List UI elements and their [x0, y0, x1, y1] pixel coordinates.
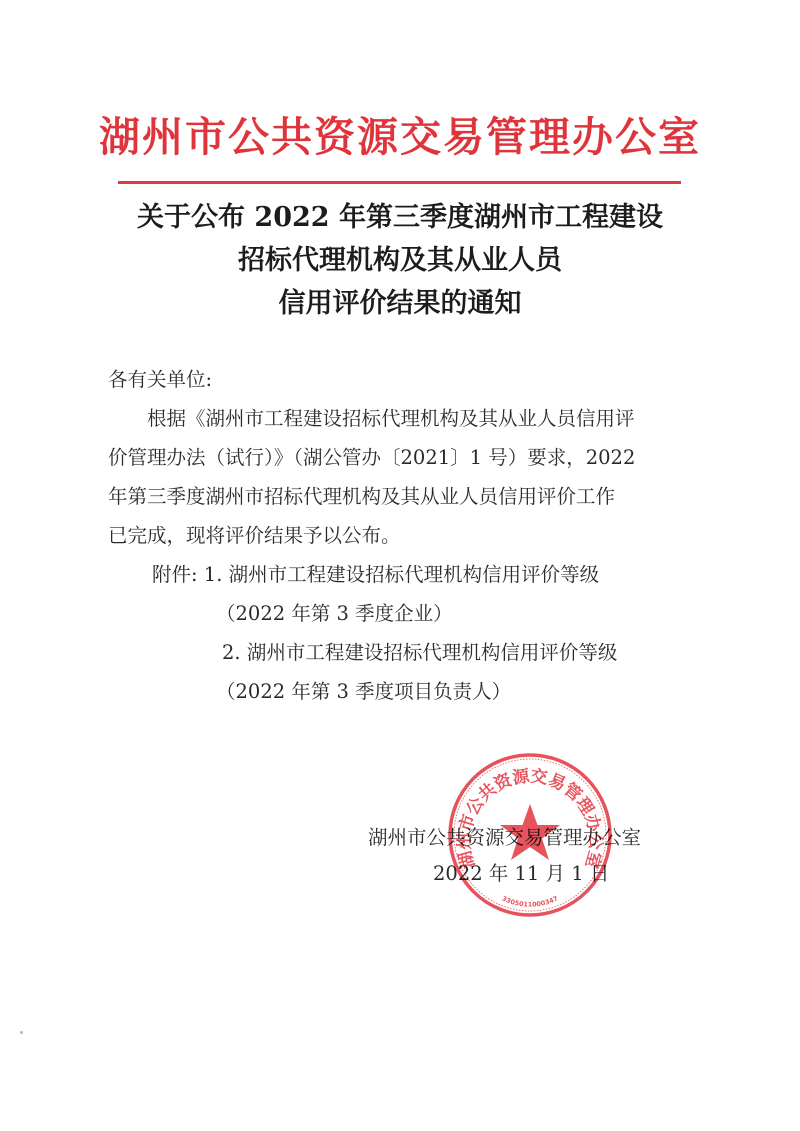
title-line-2: 招标代理机构及其从业人员: [0, 239, 800, 282]
attachment-2: 2. 湖州市工程建设招标代理机构信用评价等级: [108, 633, 698, 672]
paragraph-line-2: 价管理办法（试行）》（湖公管办〔2021〕1 号）要求，2022: [108, 438, 698, 477]
letterhead-red-divider: [118, 181, 681, 184]
seal-code-text: 3305011000347: [501, 894, 560, 908]
paragraph-line-3: 年第三季度湖州市招标代理机构及其从业人员信用评价工作: [108, 477, 698, 516]
paragraph-line-1: 根据《湖州市工程建设招标代理机构及其从业人员信用评: [108, 399, 698, 438]
official-seal-icon: 湖州市公共资源交易管理办公室 3305011000347: [447, 752, 613, 918]
paragraph-line-4: 已完成，现将评价结果予以公布。: [108, 516, 698, 555]
title-line-1: 关于公布 2022 年第三季度湖州市工程建设: [0, 196, 800, 239]
document-page: 湖州市公共资源交易管理办公室 关于公布 2022 年第三季度湖州市工程建设 招标…: [0, 0, 800, 1131]
title-line-3: 信用评价结果的通知: [0, 282, 800, 325]
attachment-1: 附件: 1. 湖州市工程建设招标代理机构信用评价等级: [108, 555, 698, 594]
attachment-2-subtitle: （2022 年第 3 季度项目负责人）: [108, 672, 698, 711]
attachment-1-subtitle: （2022 年第 3 季度企业）: [108, 594, 698, 633]
attachment-2-title: 湖州市工程建设招标代理机构信用评价等级: [247, 641, 618, 664]
document-title: 关于公布 2022 年第三季度湖州市工程建设 招标代理机构及其从业人员 信用评价…: [0, 196, 800, 325]
scan-artifact-dot: [20, 1031, 23, 1034]
letterhead-organization: 湖州市公共资源交易管理办公室: [0, 112, 800, 162]
seal-star-icon: [500, 804, 560, 860]
document-body: 各有关单位: 根据《湖州市工程建设招标代理机构及其从业人员信用评 价管理办法（试…: [108, 360, 698, 711]
salutation: 各有关单位:: [108, 360, 698, 399]
attachment-2-number: 2.: [222, 641, 241, 664]
attachment-1-title: 湖州市工程建设招标代理机构信用评价等级: [229, 563, 600, 586]
attachments-label: 附件:: [152, 563, 198, 586]
attachment-1-number: 1.: [204, 563, 223, 586]
